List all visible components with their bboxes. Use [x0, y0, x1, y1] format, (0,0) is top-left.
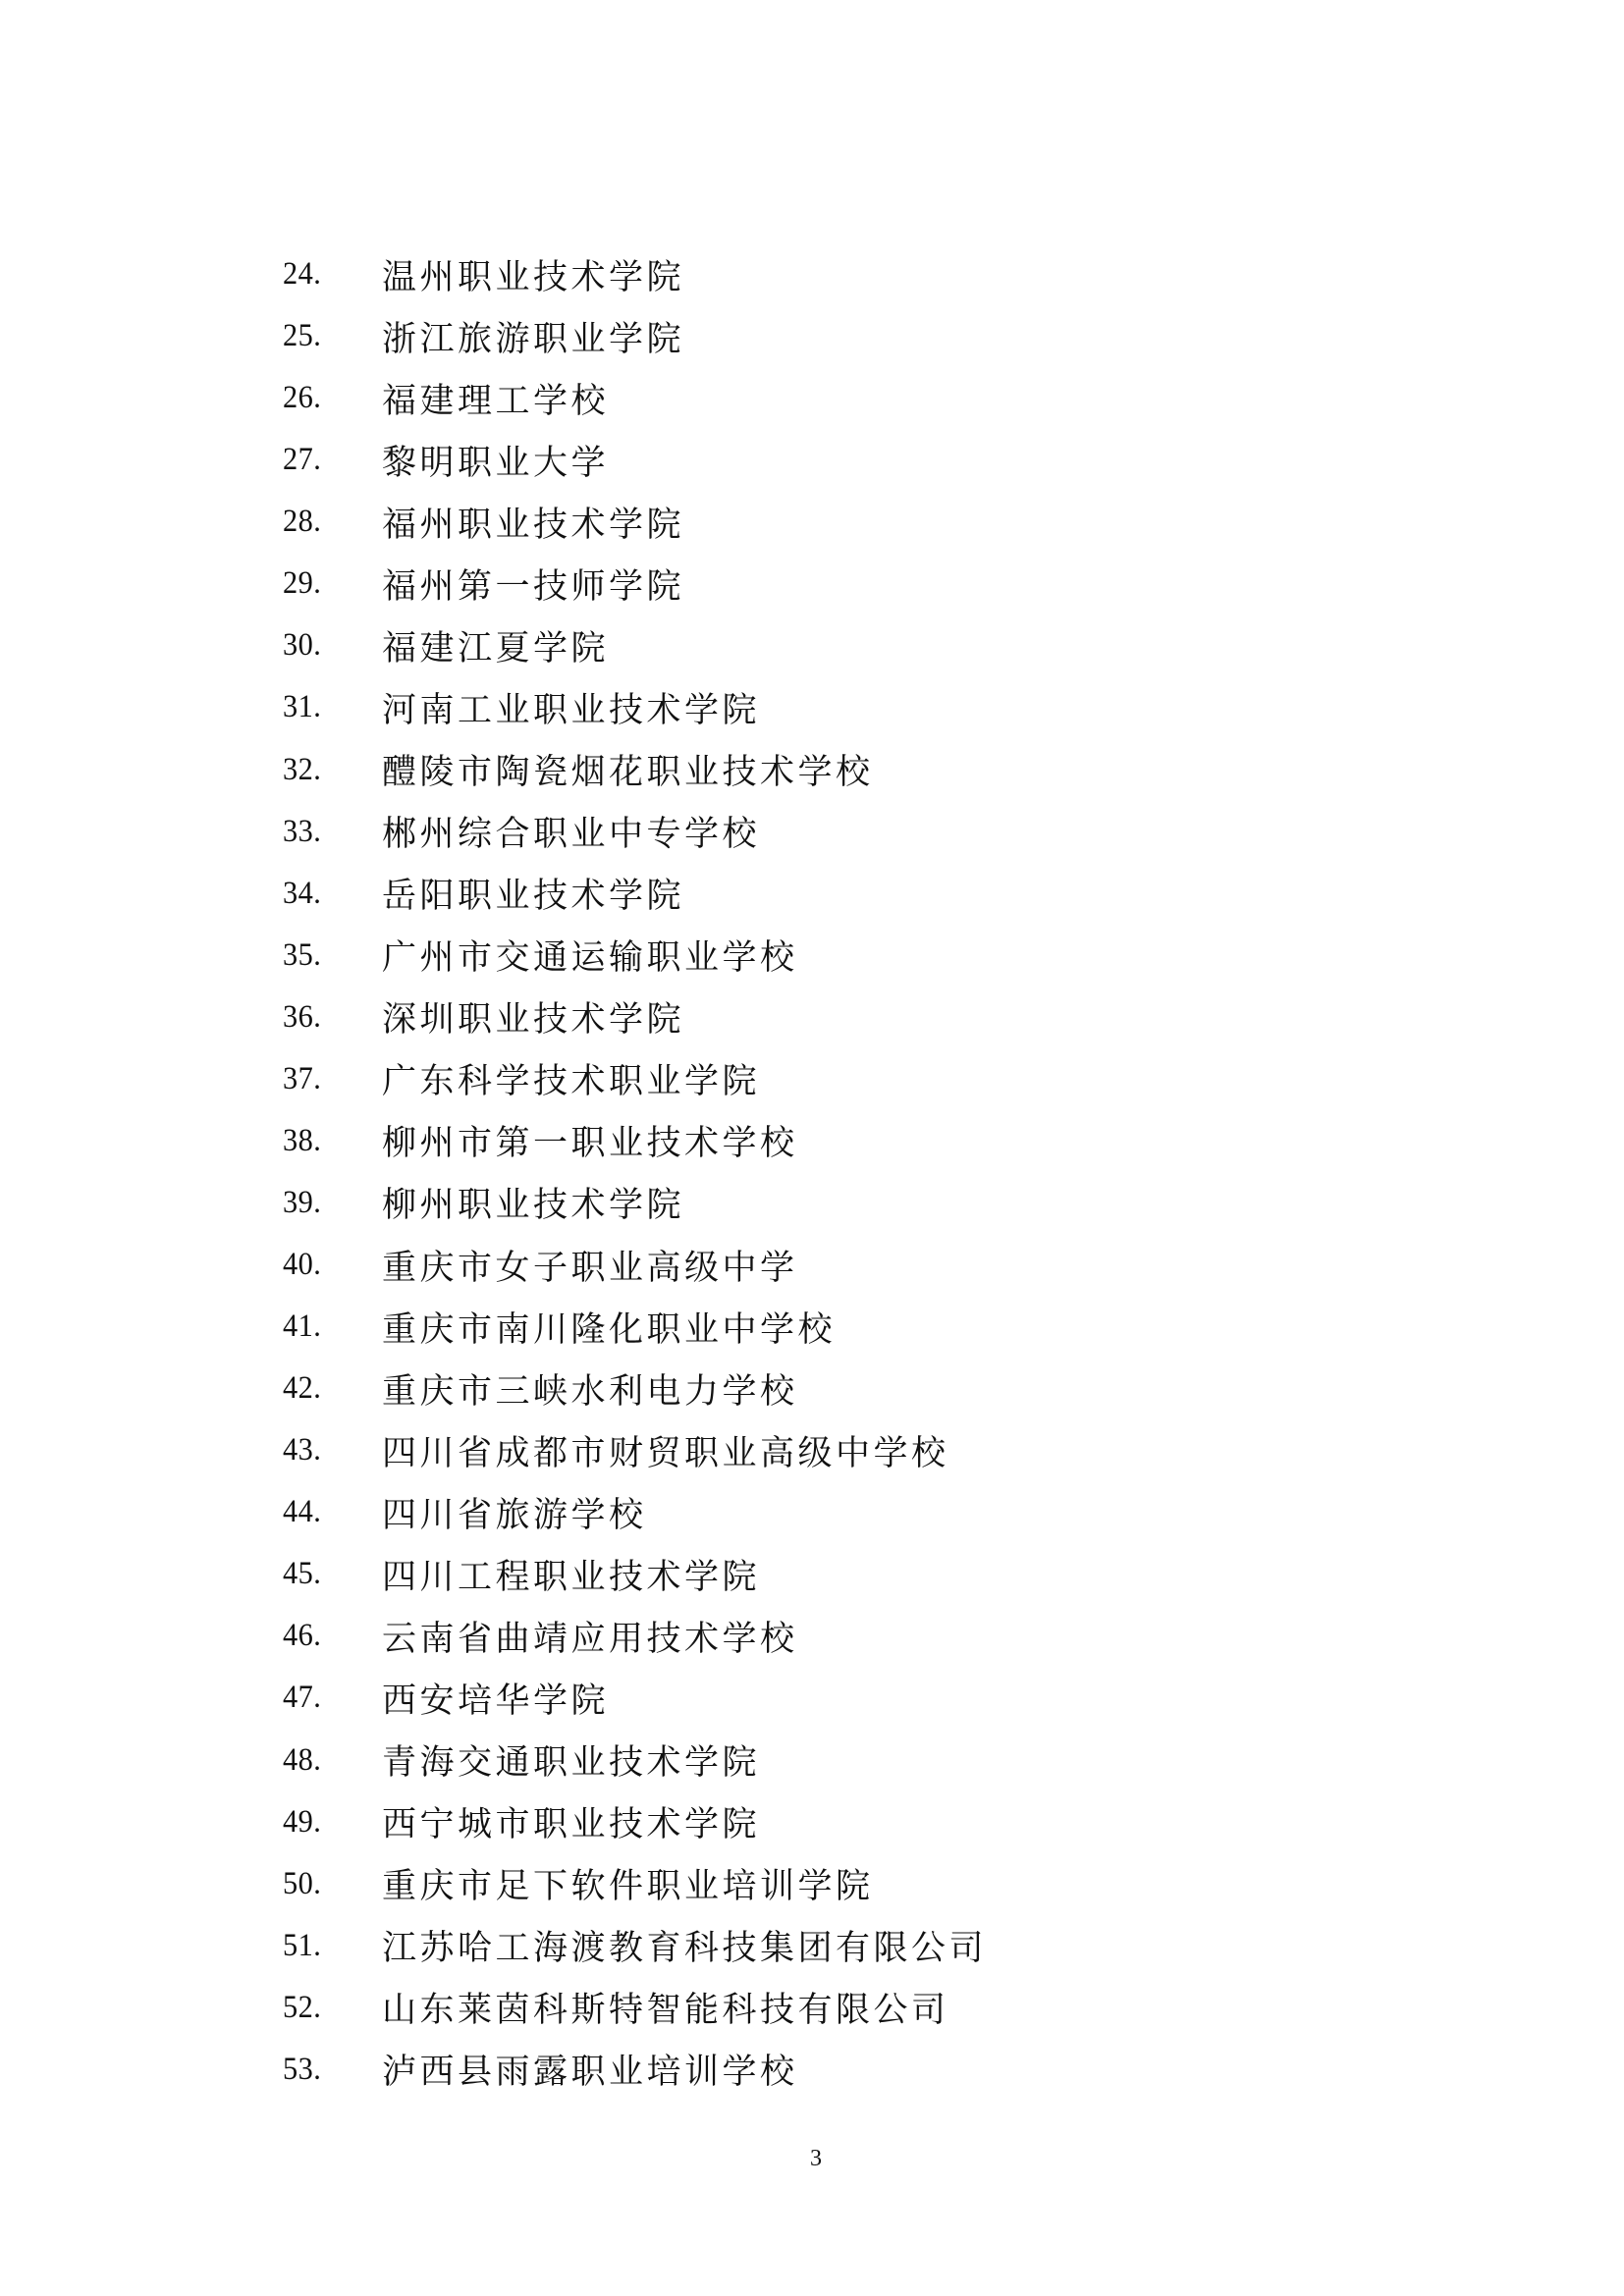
item-name: 岳阳职业技术学院: [382, 869, 684, 918]
item-number: 45.: [283, 1556, 374, 1592]
item-name: 重庆市足下软件职业培训学院: [382, 1859, 874, 1908]
item-name: 深圳职业技术学院: [382, 992, 684, 1041]
list-item: 36.深圳职业技术学院: [283, 987, 987, 1048]
item-name: 醴陵市陶瓷烟花职业技术学校: [382, 745, 874, 794]
item-number: 28.: [283, 504, 374, 540]
item-number: 47.: [283, 1680, 374, 1716]
item-name: 广东科学技术职业学院: [382, 1054, 760, 1103]
item-name: 柳州市第一职业技术学校: [382, 1116, 798, 1165]
item-name: 四川工程职业技术学院: [382, 1550, 760, 1599]
list-item: 28.福州职业技术学院: [283, 491, 987, 553]
item-name: 福建江夏学院: [382, 621, 609, 670]
item-number: 35.: [283, 937, 374, 974]
item-name: 郴州综合职业中专学校: [382, 807, 760, 856]
item-number: 29.: [283, 565, 374, 602]
item-name: 四川省旅游学校: [382, 1488, 647, 1537]
item-number: 46.: [283, 1618, 374, 1654]
list-item: 30.福建江夏学院: [283, 614, 987, 676]
item-number: 49.: [283, 1804, 374, 1841]
item-number: 38.: [283, 1123, 374, 1159]
list-item: 39.柳州职业技术学院: [283, 1172, 987, 1234]
page-number: 3: [4, 2146, 1624, 2172]
item-name: 重庆市女子职业高级中学: [382, 1241, 798, 1290]
list-item: 33.郴州综合职业中专学校: [283, 801, 987, 863]
list-item: 51.江苏哈工海渡教育科技集团有限公司: [283, 1915, 987, 1977]
item-number: 37.: [283, 1061, 374, 1097]
item-name: 山东莱茵科斯特智能科技有限公司: [382, 1983, 949, 2032]
institution-list: 24.温州职业技术学院 25.浙江旅游职业学院 26.福建理工学校 27.黎明职…: [283, 243, 987, 2101]
item-number: 53.: [283, 2052, 374, 2088]
document-page: 24.温州职业技术学院 25.浙江旅游职业学院 26.福建理工学校 27.黎明职…: [0, 0, 1624, 2296]
item-number: 41.: [283, 1308, 374, 1345]
list-item: 47.西安培华学院: [283, 1667, 987, 1729]
item-name: 江苏哈工海渡教育科技集团有限公司: [382, 1921, 987, 1970]
item-number: 30.: [283, 627, 374, 664]
item-name: 浙江旅游职业学院: [382, 312, 684, 361]
item-number: 25.: [283, 318, 374, 354]
item-name: 重庆市南川隆化职业中学校: [382, 1303, 836, 1352]
list-item: 50.重庆市足下软件职业培训学院: [283, 1853, 987, 1915]
item-number: 27.: [283, 442, 374, 478]
list-item: 29.福州第一技师学院: [283, 553, 987, 614]
list-item: 42.重庆市三峡水利电力学校: [283, 1358, 987, 1419]
item-name: 四川省成都市财贸职业高级中学校: [382, 1426, 949, 1475]
list-item: 46.云南省曲靖应用技术学校: [283, 1605, 987, 1667]
item-number: 24.: [283, 256, 374, 293]
item-name: 重庆市三峡水利电力学校: [382, 1364, 798, 1414]
item-number: 33.: [283, 814, 374, 850]
list-item: 48.青海交通职业技术学院: [283, 1730, 987, 1791]
list-item: 41.重庆市南川隆化职业中学校: [283, 1296, 987, 1358]
list-item: 49.西宁城市职业技术学院: [283, 1791, 987, 1853]
item-name: 青海交通职业技术学院: [382, 1735, 760, 1785]
item-number: 32.: [283, 752, 374, 788]
item-number: 48.: [283, 1742, 374, 1779]
item-number: 39.: [283, 1185, 374, 1221]
item-number: 40.: [283, 1247, 374, 1283]
list-item: 52.山东莱茵科斯特智能科技有限公司: [283, 1977, 987, 2039]
list-item: 25.浙江旅游职业学院: [283, 305, 987, 367]
item-name: 广州市交通运输职业学校: [382, 931, 798, 980]
item-name: 西宁城市职业技术学院: [382, 1797, 760, 1846]
list-item: 27.黎明职业大学: [283, 429, 987, 491]
item-number: 50.: [283, 1866, 374, 1902]
list-item: 40.重庆市女子职业高级中学: [283, 1234, 987, 1296]
list-item: 44.四川省旅游学校: [283, 1481, 987, 1543]
list-item: 53.泸西县雨露职业培训学校: [283, 2039, 987, 2101]
list-item: 37.广东科学技术职业学院: [283, 1048, 987, 1110]
item-name: 泸西县雨露职业培训学校: [382, 2045, 798, 2094]
item-name: 福州第一技师学院: [382, 560, 684, 609]
item-number: 51.: [283, 1928, 374, 1964]
list-item: 32.醴陵市陶瓷烟花职业技术学校: [283, 739, 987, 801]
item-name: 福州职业技术学院: [382, 498, 684, 547]
list-item: 45.四川工程职业技术学院: [283, 1543, 987, 1605]
item-name: 柳州职业技术学院: [382, 1178, 684, 1227]
item-number: 31.: [283, 689, 374, 725]
item-number: 26.: [283, 380, 374, 416]
item-number: 44.: [283, 1494, 374, 1530]
list-item: 26.福建理工学校: [283, 367, 987, 429]
item-name: 西安培华学院: [382, 1674, 609, 1723]
list-item: 43.四川省成都市财贸职业高级中学校: [283, 1419, 987, 1481]
item-number: 43.: [283, 1432, 374, 1468]
list-item: 34.岳阳职业技术学院: [283, 863, 987, 925]
item-number: 42.: [283, 1370, 374, 1407]
item-name: 云南省曲靖应用技术学校: [382, 1612, 798, 1661]
list-item: 38.柳州市第一职业技术学校: [283, 1110, 987, 1172]
list-item: 31.河南工业职业技术学院: [283, 676, 987, 738]
item-number: 52.: [283, 1990, 374, 2026]
list-item: 24.温州职业技术学院: [283, 243, 987, 305]
item-name: 黎明职业大学: [382, 436, 609, 485]
item-name: 福建理工学校: [382, 374, 609, 423]
item-number: 34.: [283, 876, 374, 912]
item-number: 36.: [283, 999, 374, 1036]
list-item: 35.广州市交通运输职业学校: [283, 925, 987, 987]
item-name: 温州职业技术学院: [382, 250, 684, 299]
item-name: 河南工业职业技术学院: [382, 683, 760, 732]
